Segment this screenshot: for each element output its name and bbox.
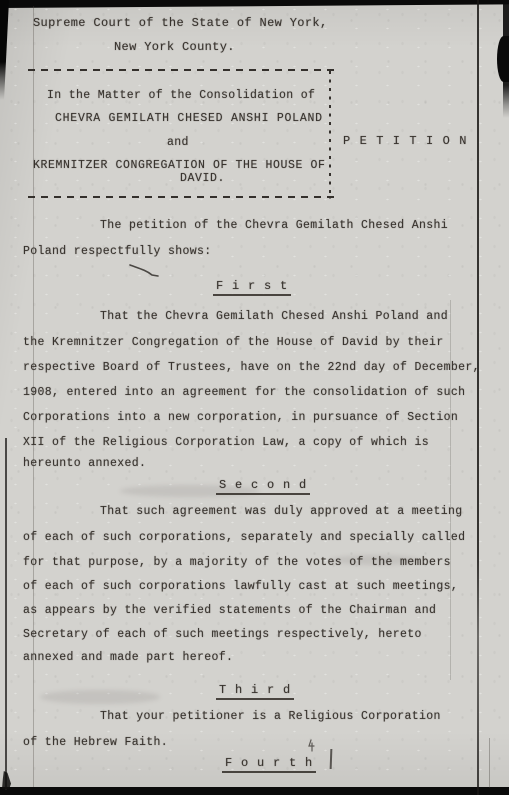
body-line: for that purpose, by a majority of the v… xyxy=(23,556,451,570)
scan-edge-right-blob xyxy=(497,36,509,82)
smudge xyxy=(40,690,160,704)
body-line: of each of such corporations lawfully ca… xyxy=(23,580,458,594)
body-line: XII of the Religious Corporation Law, a … xyxy=(23,436,429,450)
section-heading-second: S e c o n d xyxy=(216,478,310,495)
body-line: annexed and made part hereof. xyxy=(23,651,233,665)
body-line: of each of such corporations, separately… xyxy=(23,531,465,545)
caption-party2-line2: DAVID. xyxy=(180,172,225,186)
caption-party1: CHEVRA GEMILATH CHESED ANSHI POLAND xyxy=(55,112,323,126)
caption-conjunction: and xyxy=(167,136,189,150)
body-line: of the Hebrew Faith. xyxy=(23,736,168,750)
scan-edge-left-top xyxy=(0,0,9,100)
body-line: the Kremnitzer Congregation of the House… xyxy=(23,336,444,350)
scanned-petition-document: Supreme Court of the State of New York, … xyxy=(0,0,509,795)
body-line: That the Chevra Gemilath Chesed Anshi Po… xyxy=(100,310,448,324)
body-line: Secretary of each of such meetings respe… xyxy=(23,628,422,642)
body-line: 1908, entered into an agreement for the … xyxy=(23,386,465,400)
pen-mark-small xyxy=(305,739,317,753)
body-line: as appears by the verified statements of… xyxy=(23,604,436,618)
body-line: hereunto annexed. xyxy=(23,457,146,471)
text-block-right-rule xyxy=(450,300,451,680)
intro-line: The petition of the Chevra Gemilath Ches… xyxy=(100,219,448,233)
body-line: respective Board of Trustees, have on th… xyxy=(23,361,480,375)
caption-party2-line1: KREMNITZER CONGREGATION OF THE HOUSE OF xyxy=(33,159,326,173)
caption-box-right-rule xyxy=(329,71,331,199)
caption-box-bottom-rule xyxy=(28,196,334,198)
scan-edge-left-line xyxy=(5,438,7,790)
intro-line: Poland respectfully shows: xyxy=(23,245,212,259)
scan-edge-bottom xyxy=(0,787,509,795)
scan-mark-bottom-left xyxy=(2,771,11,789)
caption-box-top-rule xyxy=(28,69,334,71)
section-heading-fourth: F o u r t h xyxy=(222,756,316,773)
court-county: New York County. xyxy=(114,40,235,54)
scan-edge-top xyxy=(0,0,509,8)
section-heading-first: F i r s t xyxy=(213,279,291,296)
pen-mark-swoosh xyxy=(128,262,162,278)
caption-matter-line: In the Matter of the Consolidation of xyxy=(47,89,315,103)
court-title: Supreme Court of the State of New York, xyxy=(33,16,328,30)
right-page-rule xyxy=(477,0,479,795)
pen-mark-tick xyxy=(330,749,333,769)
body-line: That your petitioner is a Religious Corp… xyxy=(100,710,441,724)
body-line: That such agreement was duly approved at… xyxy=(100,505,463,519)
body-line: Corporations into a new corporation, in … xyxy=(23,411,458,425)
document-type-label: P E T I T I O N xyxy=(343,134,468,148)
bottom-right-short-rule xyxy=(489,738,490,788)
section-heading-third: T h i r d xyxy=(216,683,294,700)
